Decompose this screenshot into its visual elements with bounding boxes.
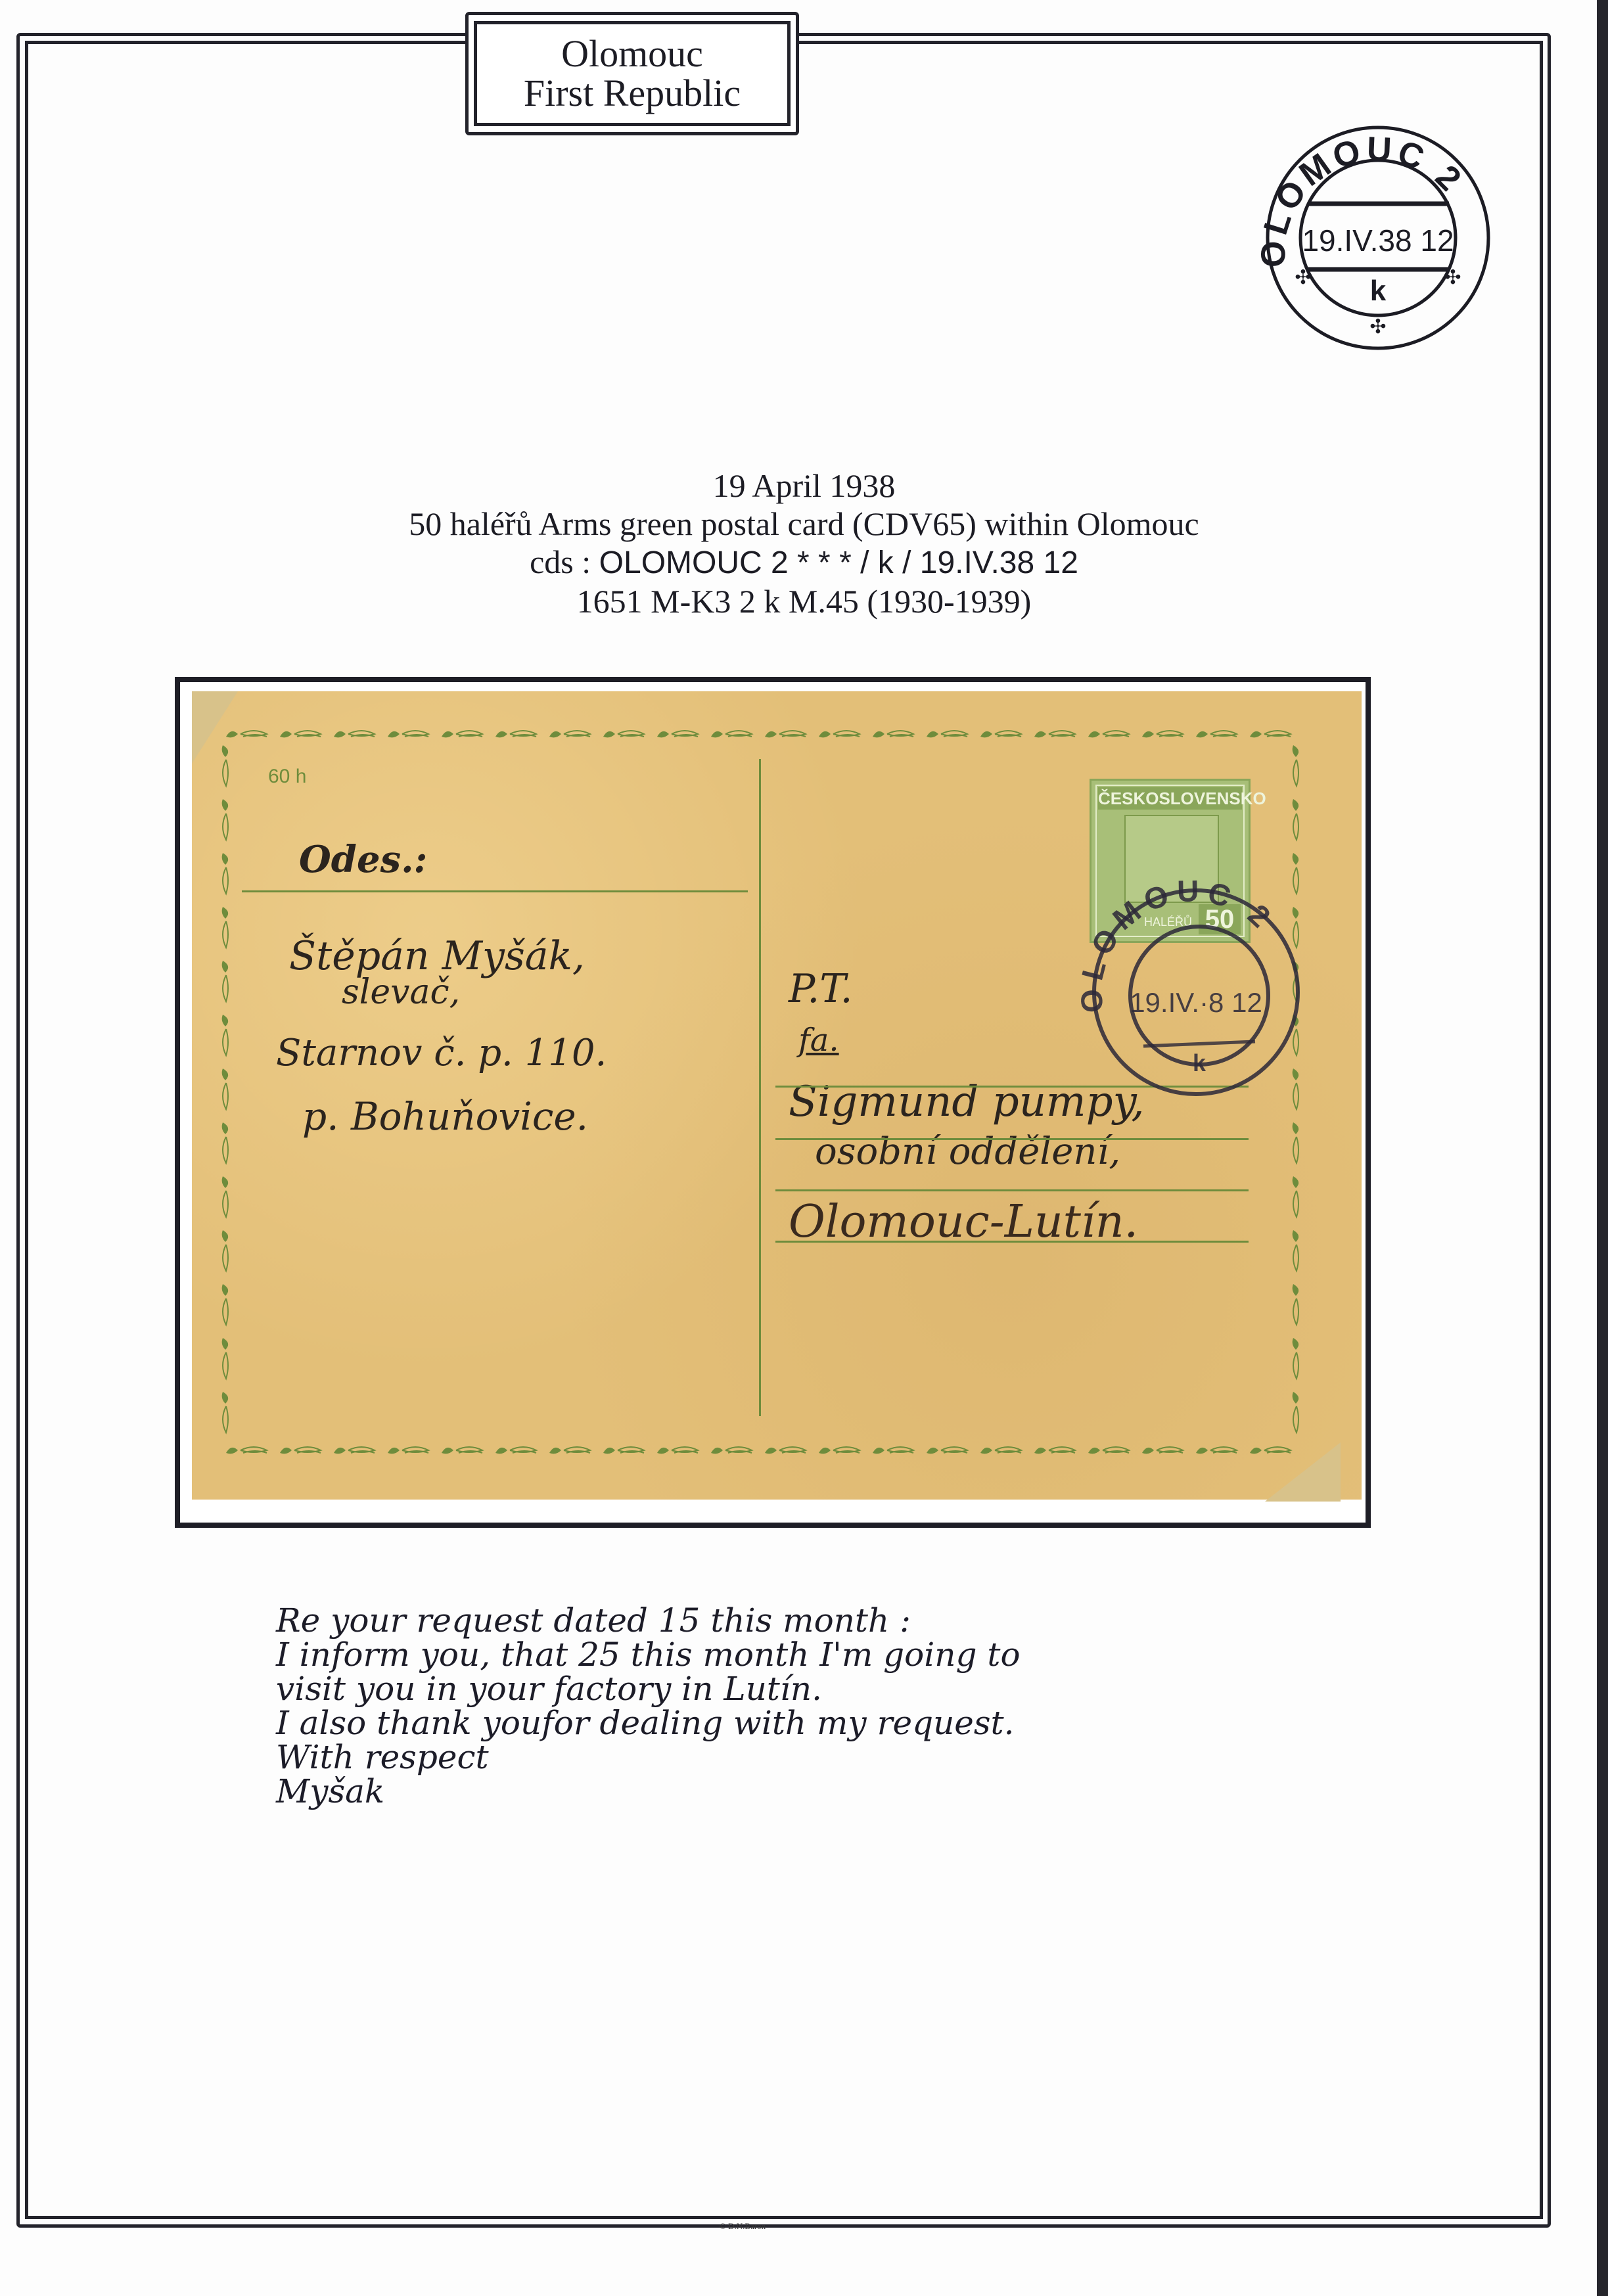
- translation-line: visit you in your factory in Lutín.: [276, 1672, 1021, 1706]
- description-catalogue: 1651 M-K3 2 k M.45 (1930-1939): [0, 582, 1608, 620]
- postmark-illustration: OLOMOUC 2 19.IV.38 12 k ✣ ✣ ✣: [1252, 113, 1505, 356]
- address-rule: [775, 1138, 1249, 1140]
- stamp-country: ČESKOSLOVENSKO: [1098, 787, 1242, 810]
- sender-line: p. Bohuňovice.: [302, 1094, 588, 1139]
- recipient-line: osobní oddělení,: [815, 1130, 1120, 1173]
- printed-value: 60 h: [268, 766, 306, 788]
- address-rule: [775, 1241, 1249, 1243]
- postmark-date: 19.IV.38 12: [1302, 223, 1454, 258]
- card-postmark-date: 19.IV.·8 12: [1130, 987, 1262, 1018]
- recipient-line: P.T.: [789, 966, 853, 1012]
- ornament-icon: ✣: [1295, 267, 1311, 288]
- translation-line: I inform you, that 25 this month I'm goi…: [276, 1638, 1021, 1672]
- translation-line: I also thank youfor dealing with my requ…: [276, 1706, 1021, 1740]
- card-postmark: OLOMOUC 2 19.IV.·8 12 k: [1078, 874, 1314, 1111]
- ornamental-border-top: [223, 726, 1301, 741]
- page-subtitle: First Republic: [524, 74, 741, 113]
- scan-edge-strip: [1597, 0, 1608, 2296]
- description-item: 50 haléřů Arms green postal card (CDV65)…: [0, 505, 1608, 543]
- copyright: © D.N.Baron: [720, 2221, 766, 2232]
- recipient-line: fa.: [798, 1022, 839, 1059]
- postmark-code: k: [1370, 275, 1387, 307]
- title-box: Olomouc First Republic: [474, 21, 791, 126]
- page-title: Olomouc: [561, 34, 703, 74]
- ornamental-border-left: [219, 743, 233, 1442]
- ornament-icon: ✣: [1444, 267, 1461, 288]
- ornamental-border-bottom: [223, 1442, 1301, 1457]
- address-rule: [775, 1189, 1249, 1191]
- sender-line: slevač,: [342, 973, 460, 1012]
- sender-rule: [242, 890, 748, 892]
- card-postmark-code: k: [1193, 1049, 1206, 1076]
- translation-line: With respect: [276, 1740, 1021, 1774]
- item-description: 19 April 1938 50 haléřů Arms green posta…: [0, 467, 1608, 620]
- description-cds: cds : OLOMOUC 2 * * * / k / 19.IV.38 12: [0, 543, 1608, 582]
- translation-text: Re your request dated 15 this month : I …: [276, 1603, 1021, 1808]
- description-date: 19 April 1938: [0, 467, 1608, 505]
- translation-line: Myšak: [276, 1774, 1021, 1808]
- sender-label: Odes.:: [299, 838, 427, 881]
- ornament-icon: ✣: [1369, 316, 1386, 338]
- sender-line: Starnov č. p. 110.: [276, 1032, 607, 1074]
- card-divider: [759, 759, 761, 1416]
- translation-line: Re your request dated 15 this month :: [276, 1603, 1021, 1638]
